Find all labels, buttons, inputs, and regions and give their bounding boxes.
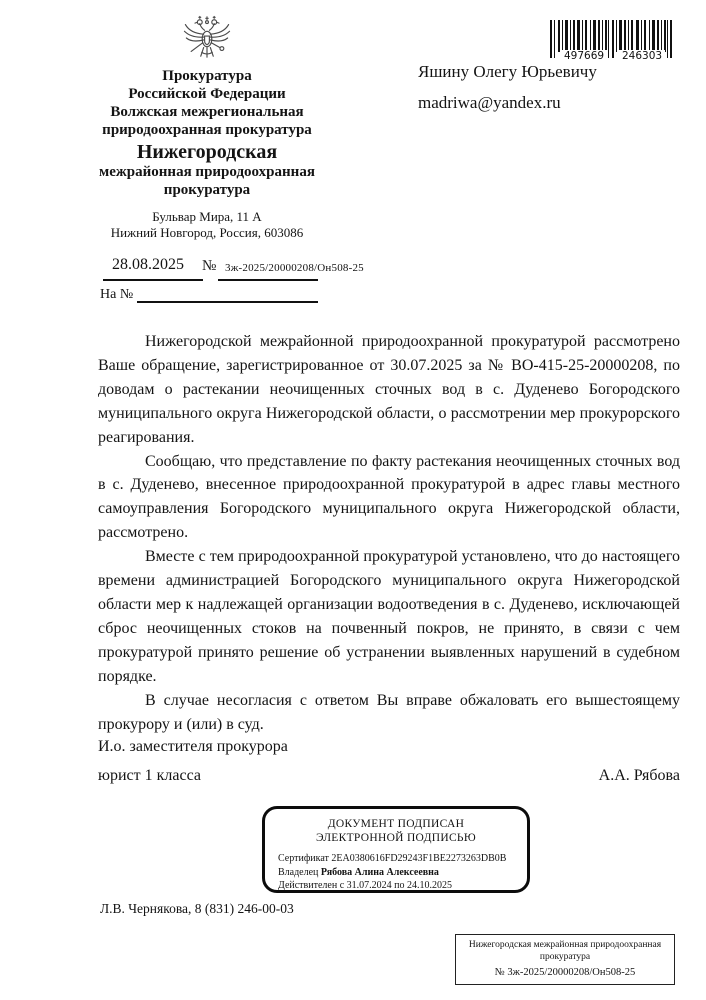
reply-to-label: На № <box>100 287 133 303</box>
letter-number: 3ж-2025/20000208/Он508-25 <box>225 262 364 274</box>
org-name-line: Волжская межрегиональная <box>55 103 359 121</box>
document-page: Прокуратура Российской Федерации Волжска… <box>0 0 706 1000</box>
registration-number-sign: № <box>495 967 505 978</box>
owner-label: Владелец <box>278 867 318 878</box>
barcode-digits-left: 497669 <box>561 50 607 62</box>
number-underline <box>218 279 318 281</box>
recipient-email: madriwa@yandex.ru <box>418 93 597 113</box>
number-sign: № <box>202 258 216 275</box>
certificate-label: Сертификат <box>278 853 329 864</box>
body-paragraph: Вместе с тем природоохранной прокуратуро… <box>98 545 680 688</box>
date-underline <box>103 279 203 281</box>
barcode-digits-right: 246303 <box>619 50 665 62</box>
registration-number-value: 3ж-2025/20000208/Он508-25 <box>507 967 635 978</box>
org-address-line: Бульвар Мира, 11 А <box>55 209 359 225</box>
org-name-emphasis: Нижегородская <box>55 141 359 163</box>
stamp-validity-line: Действителен с 31.07.2024 по 24.10.2025 <box>278 879 527 893</box>
validity-label: Действителен с <box>278 880 344 891</box>
stamp-certificate-line: Сертификат 2EA0380616FD29243F1BE2273263D… <box>278 852 527 866</box>
registration-org-line: прокуратура <box>460 952 670 964</box>
validity-to: 24.10.2025 <box>407 880 452 891</box>
body-paragraph: Сообщаю, что представление по факту раст… <box>98 450 680 546</box>
body-paragraph: В случае несогласия с ответом Вы вправе … <box>98 689 680 737</box>
registration-stamp-box: Нижегородская межрайонная природоохранна… <box>455 934 675 985</box>
signer-name: А.А. Рябова <box>599 767 680 785</box>
org-name-line: прокуратура <box>55 181 359 199</box>
recipient-block: Яшину Олегу Юрьевичу madriwa@yandex.ru <box>418 62 597 113</box>
registration-org-line: Нижегородская межрайонная природоохранна… <box>460 940 670 952</box>
recipient-name: Яшину Олегу Юрьевичу <box>418 62 597 82</box>
coat-of-arms-eagle-icon <box>180 14 234 62</box>
executor-contact: Л.В. Чернякова, 8 (831) 246-00-03 <box>100 901 294 917</box>
registration-number: № 3ж-2025/20000208/Он508-25 <box>460 967 670 978</box>
stamp-owner-line: Владелец Рябова Алина Алексеевна <box>278 866 527 880</box>
electronic-signature-stamp: ДОКУМЕНТ ПОДПИСАН ЭЛЕКТРОННОЙ ПОДПИСЬЮ С… <box>262 806 530 893</box>
validity-to-label: по <box>394 880 404 891</box>
owner-value: Рябова Алина Алексеевна <box>321 867 439 878</box>
certificate-value: 2EA0380616FD29243F1BE2273263DB0B <box>331 853 506 864</box>
validity-from: 31.07.2024 <box>347 880 392 891</box>
letter-date: 28.08.2025 <box>112 256 184 274</box>
letterhead: Прокуратура Российской Федерации Волжска… <box>55 14 359 240</box>
org-name-line: Прокуратура <box>55 67 359 85</box>
body-paragraph: Нижегородской межрайонной природоохранно… <box>98 330 680 450</box>
signature-row: юрист 1 класса А.А. Рябова <box>98 767 680 785</box>
tracking-barcode: 497669 246303 <box>550 20 672 64</box>
org-address-line: Нижний Новгород, Россия, 603086 <box>55 225 359 241</box>
signer-position-line2: юрист 1 класса <box>98 767 201 785</box>
stamp-title-line2: ЭЛЕКТРОННОЙ ПОДПИСЬЮ <box>265 832 527 846</box>
org-name-line: природоохранная прокуратура <box>55 121 359 139</box>
reply-to-blank-line <box>137 301 318 303</box>
letter-body: Нижегородской межрайонной природоохранно… <box>98 330 680 736</box>
signer-position-line1: И.о. заместителя прокурора <box>98 738 288 756</box>
stamp-title-line1: ДОКУМЕНТ ПОДПИСАН <box>265 818 527 832</box>
org-name-line: Российской Федерации <box>55 85 359 103</box>
org-name-line: межрайонная природоохранная <box>55 163 359 181</box>
